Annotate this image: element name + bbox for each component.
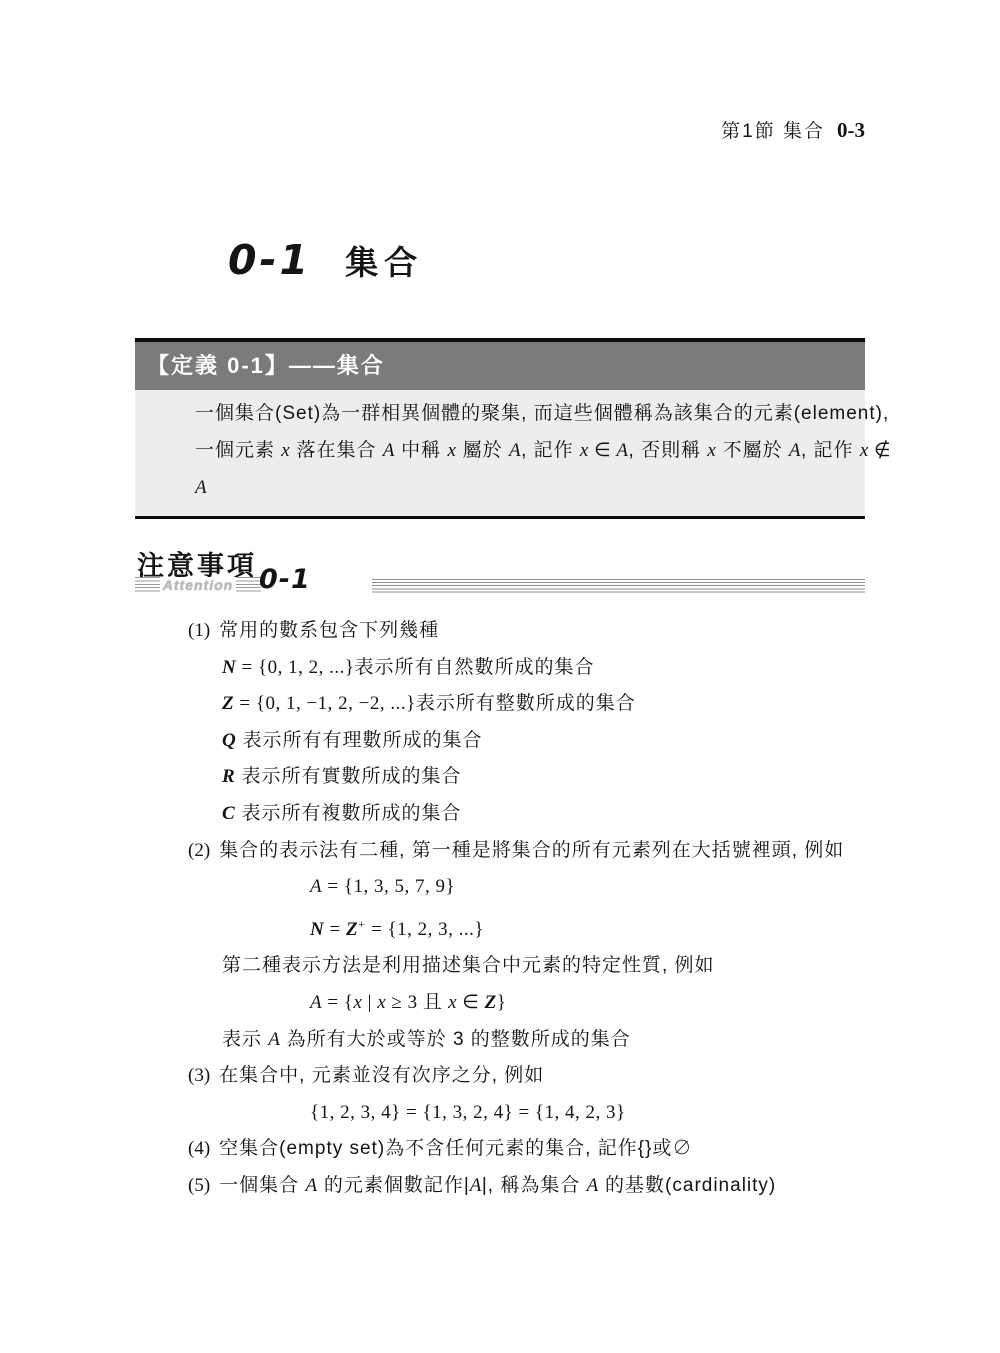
text-segment: 表示所有複數所成的集合	[235, 803, 461, 824]
text-segment: 不屬於	[716, 440, 789, 461]
math-segment: x	[377, 992, 386, 1013]
math-segment: Z	[485, 992, 497, 1013]
running-header-section: 第1節 集合	[721, 116, 825, 143]
note-line: {1, 2, 3, 4} = {1, 3, 2, 4} = {1, 4, 2, …	[135, 1095, 885, 1132]
math-segment: +	[358, 917, 366, 931]
note-line: A = {1, 3, 5, 7, 9}	[135, 869, 885, 906]
text-segment: 一個集合(Set)為一群相異個體的聚集, 而這些個體稱為該集合的元素(eleme…	[195, 403, 889, 424]
math-segment: |	[362, 992, 377, 1013]
section-title-label: 集合	[345, 237, 423, 284]
math-segment: x	[281, 440, 290, 461]
text-segment: 第二種表示方法是利用描述集合中元素的特定性質, 例如	[222, 955, 715, 976]
text-segment: 空集合(empty set)為不含任何元素的集合, 記作{}或∅	[219, 1138, 692, 1159]
note-item-label: (4)	[188, 1138, 210, 1159]
math-segment: Q	[222, 730, 236, 751]
definition-bottom-rule	[135, 516, 865, 519]
definition-body: 一個集合(Set)為一群相異個體的聚集, 而這些個體稱為該集合的元素(eleme…	[135, 390, 865, 516]
text-segment: 屬於	[456, 440, 509, 461]
note-item-label: (3)	[188, 1065, 210, 1086]
attention-banner: 注意事項 Attention 0-1	[135, 544, 865, 600]
math-segment: Z	[346, 919, 358, 940]
text-segment: 落在集合	[290, 440, 383, 461]
math-segment: {1, 2, 3, 4} = {1, 3, 2, 4} = {1, 4, 2, …	[310, 1102, 626, 1123]
math-segment: A	[509, 440, 521, 461]
math-segment: x	[448, 992, 457, 1013]
math-segment: C	[222, 803, 235, 824]
attention-stripes-rule	[372, 579, 865, 594]
math-segment: = {0, 1, −1, 2, −2, ...}	[234, 693, 416, 714]
section-title-number: 0-1	[228, 236, 311, 284]
math-segment: ∉	[869, 440, 891, 461]
attention-number: 0-1	[259, 564, 311, 595]
note-line: Q 表示所有有理數所成的集合	[135, 723, 885, 760]
math-segment: A	[616, 440, 628, 461]
attention-subtitle-rule: Attention	[135, 577, 261, 593]
math-segment: N	[222, 657, 236, 678]
text-segment: 的基數(cardinality)	[599, 1175, 776, 1196]
math-segment: A	[268, 1029, 280, 1050]
text-segment: 為所有大於或等於 3 的整數所成的集合	[280, 1029, 630, 1050]
math-segment: x	[860, 440, 869, 461]
math-segment: }	[497, 992, 507, 1013]
text-segment: 且	[423, 992, 443, 1013]
text-segment: 的元素個數記作|	[318, 1175, 470, 1196]
math-segment: =	[324, 919, 346, 940]
math-segment: ≥ 3	[386, 992, 423, 1013]
note-item-label: (1)	[188, 620, 210, 641]
text-segment: 一個集合	[219, 1175, 305, 1196]
note-line: 表示 A 為所有大於或等於 3 的整數所成的集合	[135, 1022, 885, 1059]
text-segment: , 記作	[801, 440, 860, 461]
note-line: R 表示所有實數所成的集合	[135, 759, 885, 796]
text-segment: 中稱	[395, 440, 448, 461]
note-line: (2)集合的表示法有二種, 第一種是將集合的所有元素列在大括號裡頭, 例如	[135, 833, 885, 870]
note-item-label: (2)	[188, 840, 210, 861]
text-segment: |, 稱為集合	[482, 1175, 587, 1196]
math-segment: A	[587, 1175, 599, 1196]
text-segment: 常用的數系包含下列幾種	[219, 620, 439, 641]
text-segment: 集合的表示法有二種, 第一種是將集合的所有元素列在大括號裡頭, 例如	[219, 840, 844, 861]
text-segment: 表示	[222, 1029, 268, 1050]
section-title: 0-1 集合	[228, 236, 423, 284]
text-segment: , 否則稱	[629, 440, 708, 461]
math-segment: = {1, 3, 5, 7, 9}	[322, 876, 455, 897]
text-segment: 表示所有有理數所成的集合	[236, 730, 482, 751]
text-segment: , 記作	[521, 440, 580, 461]
math-segment: x	[707, 440, 716, 461]
notes-list: (1)常用的數系包含下列幾種N = {0, 1, 2, ...}表示所有自然數所…	[135, 613, 885, 1205]
page-number: 0-3	[837, 118, 865, 143]
math-segment: R	[222, 766, 235, 787]
text-segment: 在集合中, 元素並沒有次序之分, 例如	[219, 1065, 544, 1086]
note-line: C 表示所有複數所成的集合	[135, 796, 885, 833]
math-segment: A	[310, 992, 322, 1013]
note-line: N = Z+ = {1, 2, 3, ...}	[135, 906, 885, 949]
attention-subtitle: Attention	[160, 577, 236, 593]
math-segment: A	[195, 477, 207, 498]
math-segment: A	[470, 1175, 482, 1196]
math-segment: A	[310, 876, 322, 897]
definition-heading: 【定義 0-1】——集合	[135, 342, 865, 390]
definition-line: 一個集合(Set)為一群相異個體的聚集, 而這些個體稱為該集合的元素(eleme…	[195, 395, 857, 432]
math-segment: = {1, 2, 3, ...}	[366, 919, 484, 940]
textbook-page: 第1節 集合 0-3 0-1 集合 【定義 0-1】——集合 一個集合(Set)…	[0, 0, 1000, 1353]
definition-line: A	[195, 469, 857, 506]
math-segment: = {	[322, 992, 353, 1013]
definition-box: 【定義 0-1】——集合 一個集合(Set)為一群相異個體的聚集, 而這些個體稱…	[135, 338, 865, 519]
definition-line: 一個元素 x 落在集合 A 中稱 x 屬於 A, 記作 x ∈ A, 否則稱 x…	[195, 432, 857, 469]
math-segment: = {0, 1, 2, ...}	[236, 657, 354, 678]
math-segment: A	[305, 1175, 317, 1196]
note-line: (5)一個集合 A 的元素個數記作|A|, 稱為集合 A 的基數(cardina…	[135, 1168, 885, 1205]
note-line: (4)空集合(empty set)為不含任何元素的集合, 記作{}或∅	[135, 1131, 885, 1168]
note-line: 第二種表示方法是利用描述集合中元素的特定性質, 例如	[135, 948, 885, 985]
math-segment: A	[383, 440, 395, 461]
text-segment: 表示所有實數所成的集合	[235, 766, 461, 787]
text-segment: 一個元素	[195, 440, 281, 461]
note-item-label: (5)	[188, 1175, 210, 1196]
math-segment: ∈	[457, 992, 485, 1013]
note-line: Z = {0, 1, −1, 2, −2, ...}表示所有整數所成的集合	[135, 686, 885, 723]
note-line: A = {x | x ≥ 3 且 x ∈ Z}	[135, 985, 885, 1022]
text-segment: 表示所有整數所成的集合	[416, 693, 636, 714]
math-segment: Z	[222, 693, 234, 714]
note-line: (3)在集合中, 元素並沒有次序之分, 例如	[135, 1058, 885, 1095]
note-line: N = {0, 1, 2, ...}表示所有自然數所成的集合	[135, 650, 885, 687]
math-segment: ∈	[589, 440, 617, 461]
text-segment: 表示所有自然數所成的集合	[354, 657, 594, 678]
math-segment: A	[789, 440, 801, 461]
math-segment: N	[310, 919, 324, 940]
running-header: 第1節 集合 0-3	[721, 116, 865, 143]
math-segment: x	[580, 440, 589, 461]
note-line: (1)常用的數系包含下列幾種	[135, 613, 885, 650]
